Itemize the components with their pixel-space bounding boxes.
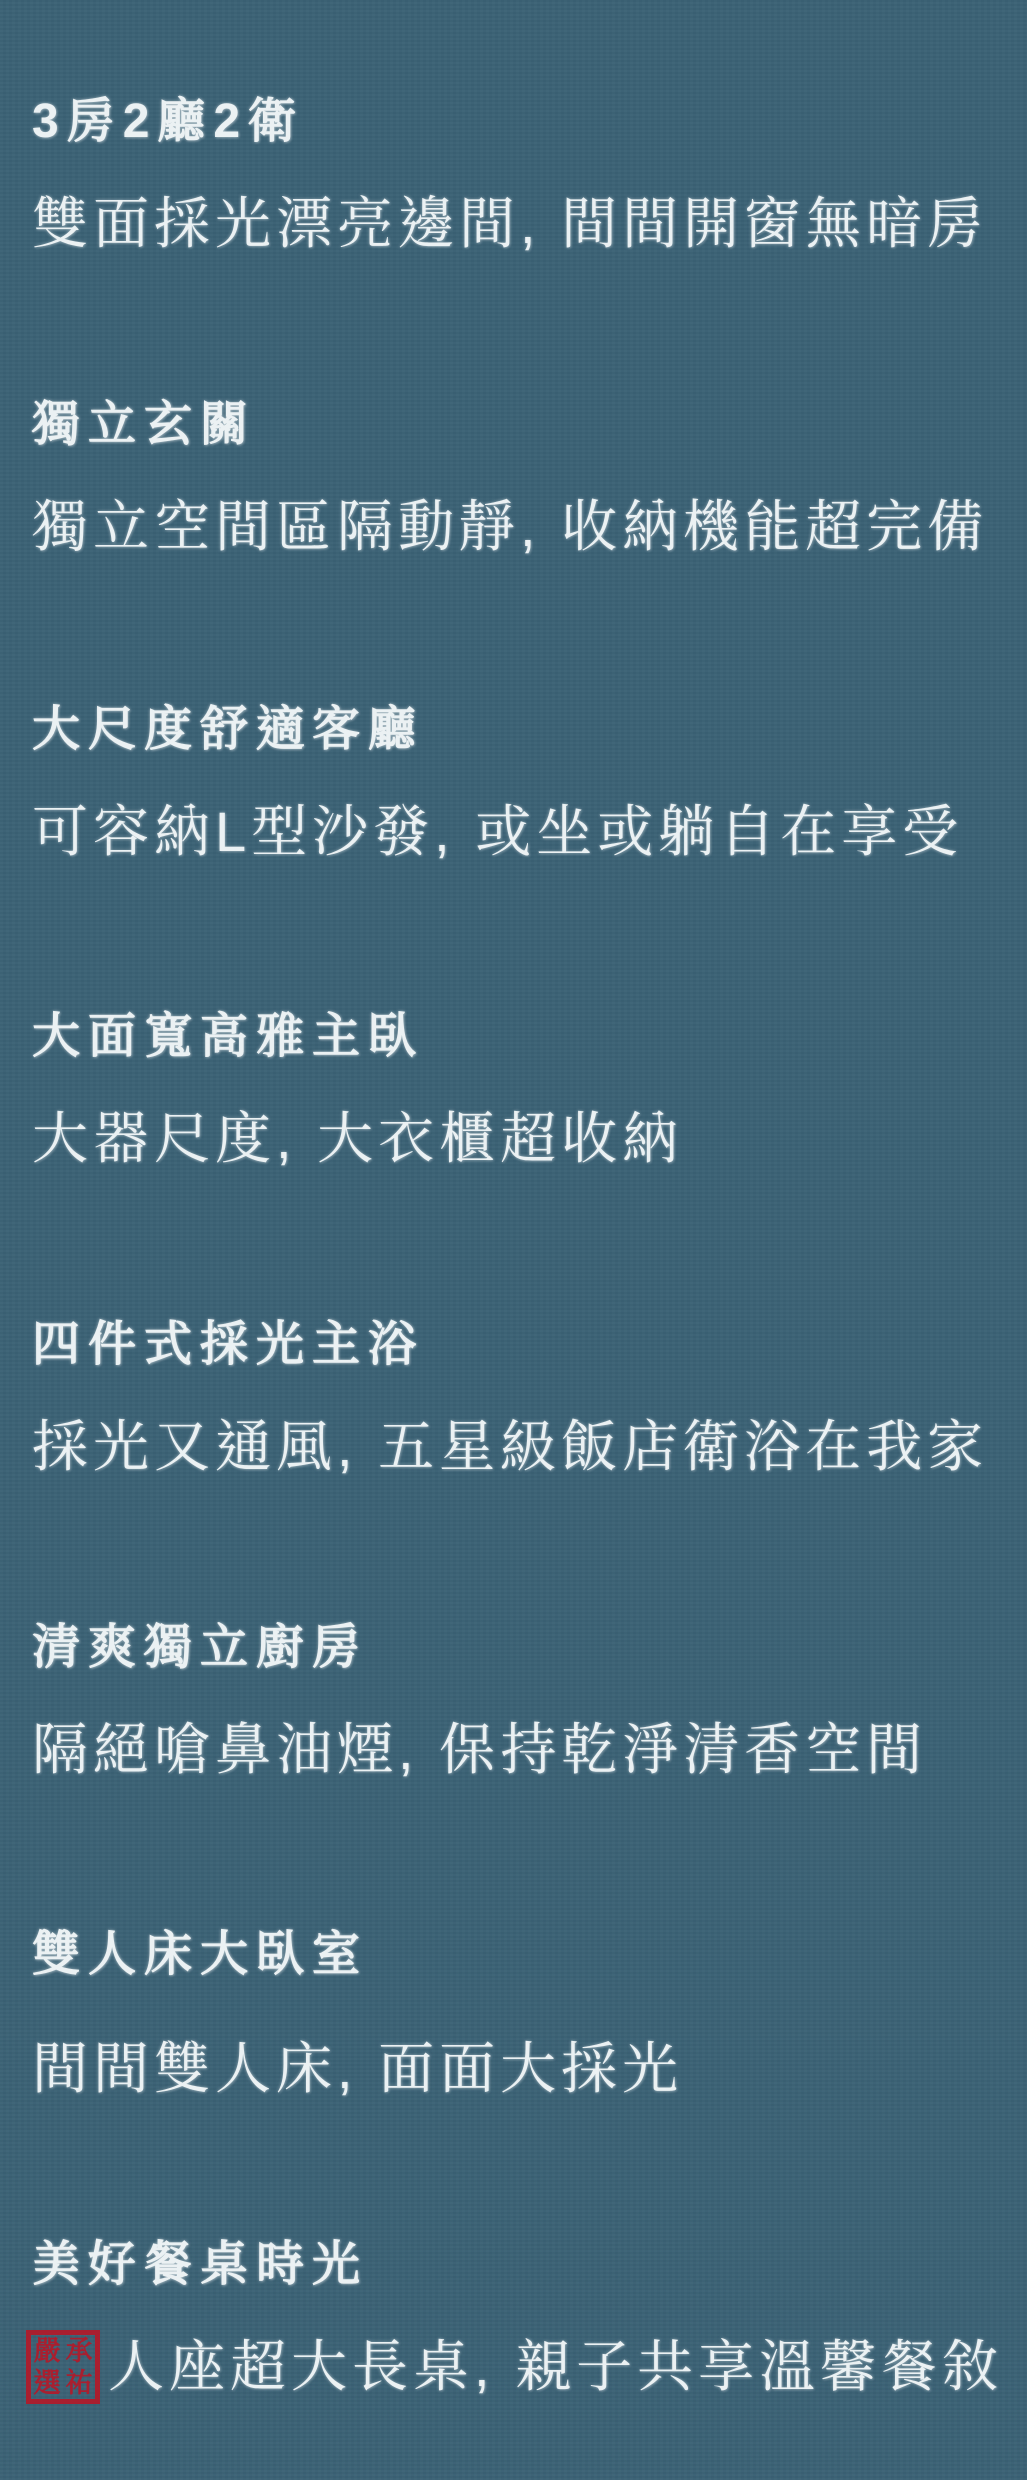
feature-description: 間間雙人床, 面面大採光: [32, 2038, 1012, 2100]
feature-title: 美好餐桌時光: [32, 2238, 1012, 2292]
seal-char: 承: [66, 2338, 93, 2365]
feature-description: 人座超大長桌, 親子共享溫馨餐敘: [108, 2336, 1012, 2398]
feature-section-master-bedroom: 大面寬高雅主臥 大器尺度, 大衣櫃超收納: [32, 1010, 1012, 1170]
seal-char: 祐: [66, 2370, 93, 2397]
feature-title: 四件式採光主浴: [32, 1318, 1012, 1372]
feature-title: 清爽獨立廚房: [32, 1621, 1012, 1675]
seal-char: 嚴: [34, 2338, 61, 2365]
feature-description: 雙面採光漂亮邊間, 間間開窗無暗房: [32, 193, 1012, 255]
feature-title: 大面寬高雅主臥: [32, 1010, 1012, 1064]
seal-stamp: 嚴 承 選 祐: [26, 2330, 100, 2404]
feature-section-dining: 美好餐桌時光 人座超大長桌, 親子共享溫馨餐敘: [32, 2238, 1012, 2398]
feature-section-layout: 3房2廳2衛 雙面採光漂亮邊間, 間間開窗無暗房: [32, 95, 1012, 255]
feature-description: 獨立空間區隔動靜, 收納機能超完備: [32, 496, 1012, 558]
feature-section-master-bath: 四件式採光主浴 採光又通風, 五星級飯店衛浴在我家: [32, 1318, 1012, 1478]
feature-description: 可容納L型沙發, 或坐或躺自在享受: [32, 801, 1012, 863]
feature-section-bedrooms: 雙人床大臥室 間間雙人床, 面面大採光: [32, 1928, 1012, 2100]
feature-title: 雙人床大臥室: [32, 1928, 1012, 1982]
feature-description: 採光又通風, 五星級飯店衛浴在我家: [32, 1416, 1012, 1478]
feature-description: 大器尺度, 大衣櫃超收納: [32, 1108, 1012, 1170]
scanned-flyer-page: { "page": { "background_color": "#3b6275…: [0, 0, 1027, 2480]
feature-description: 隔絕嗆鼻油煙, 保持乾淨清香空間: [32, 1719, 1012, 1781]
feature-section-kitchen: 清爽獨立廚房 隔絕嗆鼻油煙, 保持乾淨清香空間: [32, 1621, 1012, 1781]
feature-section-entryway: 獨立玄關 獨立空間區隔動靜, 收納機能超完備: [32, 398, 1012, 558]
feature-title: 大尺度舒適客廳: [32, 703, 1012, 757]
feature-section-living-room: 大尺度舒適客廳 可容納L型沙發, 或坐或躺自在享受: [32, 703, 1012, 863]
feature-title: 3房2廳2衛: [32, 95, 1012, 149]
feature-title: 獨立玄關: [32, 398, 1012, 452]
seal-char: 選: [34, 2370, 61, 2397]
